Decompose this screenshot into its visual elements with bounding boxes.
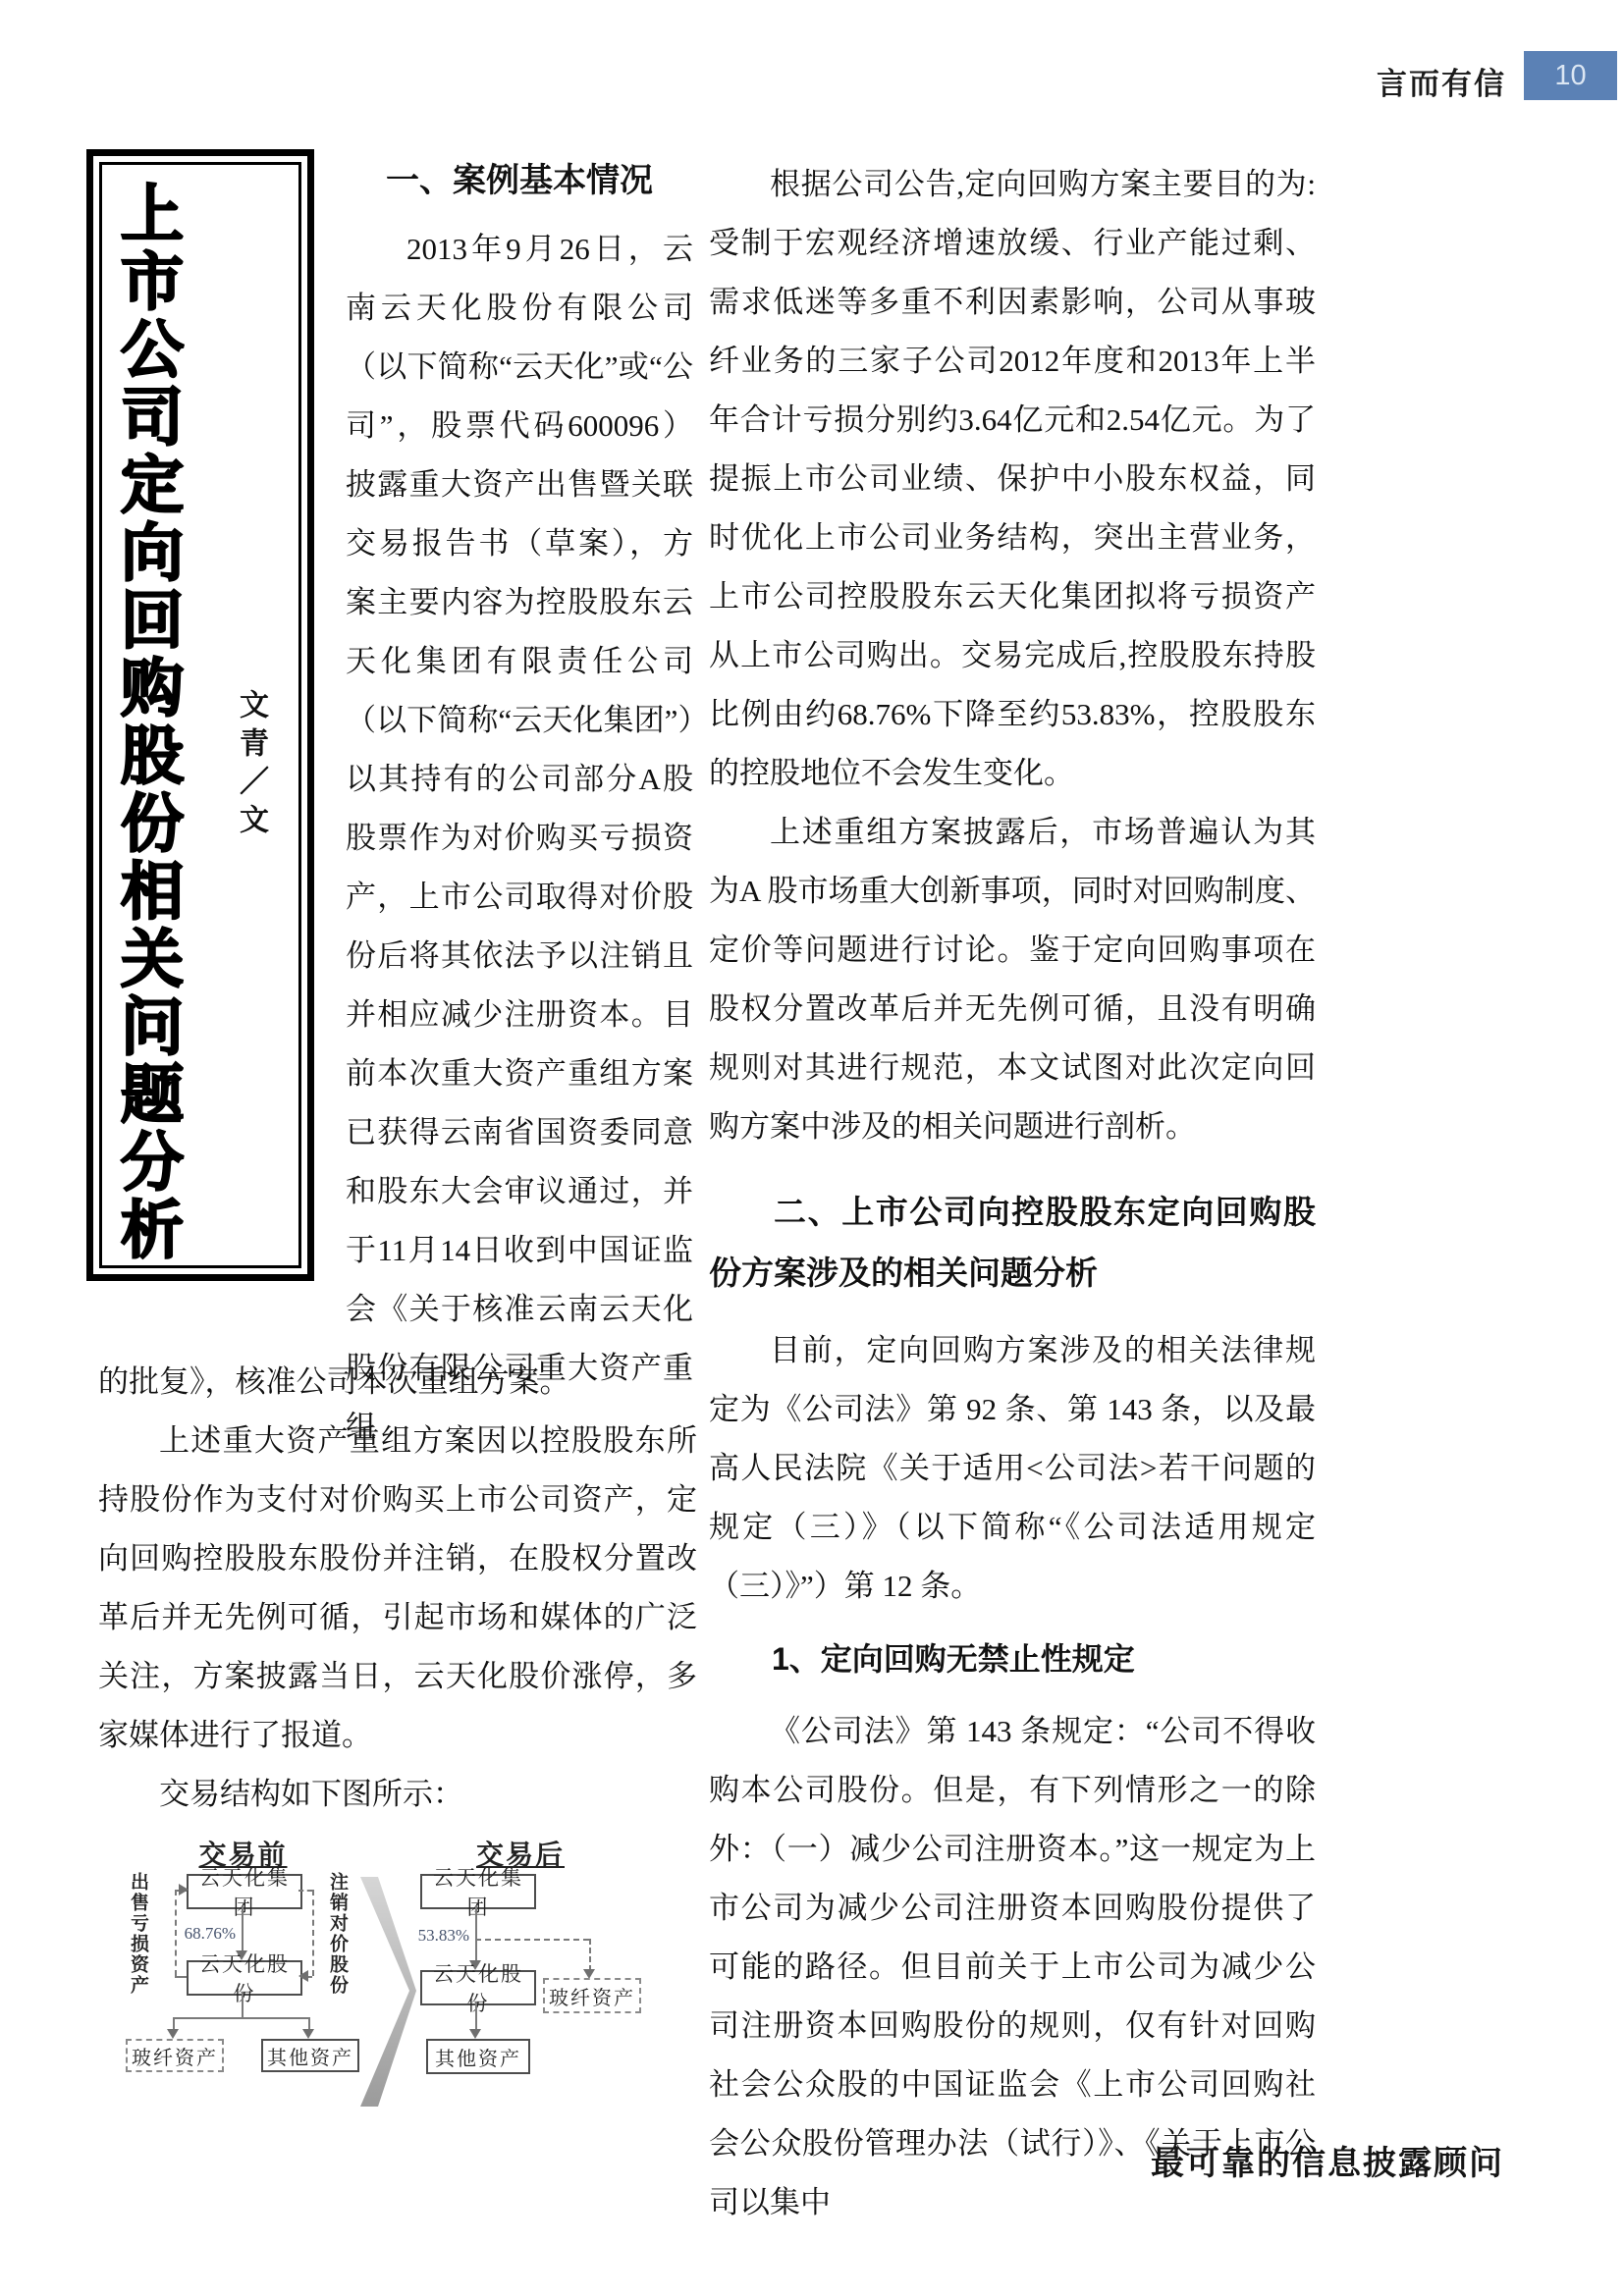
cancel-consideration-shares-label: 注销对价股份 <box>328 1872 347 1996</box>
arrow-right-icon <box>179 1884 189 1896</box>
arrow-down-icon <box>167 2029 179 2039</box>
diagram-after-other-assets-box: 其他资产 <box>426 2039 530 2074</box>
connector-line <box>475 1905 477 1962</box>
paragraph-legal-basis: 目前，定向回购方案涉及的相关法律规定为《公司法》第 92 条、第 143 条，以… <box>709 1321 1316 1616</box>
subsection-1-heading: 1、定向回购无禁止性规定 <box>709 1629 1316 1688</box>
dashed-connector <box>175 1976 187 1978</box>
connector-line <box>242 1992 244 2017</box>
diagram-before-fiberglass-box: 玻纤资产 <box>126 2039 224 2072</box>
dashed-connector <box>589 1939 591 1971</box>
page-header-brand: 言而有信 <box>1377 59 1524 103</box>
left-column-narrow: 一、案例基本情况 2013年9月26日，云南云天化股份有限公司（以下简称“云天化… <box>346 155 693 1457</box>
diagram-after-fiberglass-box: 玻纤资产 <box>543 1978 641 2013</box>
footer-slogan: 最可靠的信息披露顾问 <box>1151 2136 1504 2184</box>
article-title-vertical: 上市公司定向回购股份相关问题分析 <box>116 181 179 1270</box>
diagram-before-other-assets-box: 其他资产 <box>261 2039 359 2072</box>
diagram-before-company-box: 云天化股份 <box>187 1960 302 1996</box>
magazine-page: 言而有信 10 上市公司定向回购股份相关问题分析 文青／文 一、案例基本情况 2… <box>0 0 1624 2296</box>
diagram-before-group-box: 云天化集团 <box>187 1874 302 1909</box>
section-2-heading: 二、上市公司向控股股东定向回购股份方案涉及的相关问题分析 <box>709 1182 1316 1304</box>
paragraph-diagram-lead-in: 交易结构如下图所示： <box>98 1765 697 1824</box>
dashed-connector <box>298 1890 312 1892</box>
dashed-connector <box>475 1939 589 1941</box>
page-number-badge: 10 <box>1524 51 1617 100</box>
transition-arrow-icon <box>356 1875 417 2110</box>
arrow-down-icon <box>302 2029 314 2039</box>
left-column-full: 的批复》，核准公司本次重组方案。 上述重大资产重组方案因以控股股东所持股份作为支… <box>98 1353 697 1824</box>
arrow-left-icon <box>298 1970 308 1982</box>
paragraph-market-reaction: 上述重大资产重组方案因以控股股东所持股份作为支付对价购买上市公司资产，定向回购控… <box>98 1412 697 1765</box>
paragraph-innovation: 上述重组方案披露后，市场普遍认为其为A 股市场重大创新事项，同时对回购制度、定价… <box>709 803 1316 1156</box>
dashed-connector <box>312 1890 314 1976</box>
connector-line <box>475 2002 477 2029</box>
paragraph-purpose: 根据公司公告,定向回购方案主要目的为:受制于宏观经济增速放缓、行业产能过剩、需求… <box>709 155 1316 803</box>
connector-line <box>173 2017 308 2019</box>
diagram-after-company-box: 云天化股份 <box>420 1970 536 2005</box>
ownership-after-label: 53.83% <box>412 1926 469 1946</box>
dashed-connector <box>175 1890 177 1976</box>
connector-line <box>242 1905 244 1952</box>
section-1-heading: 一、案例基本情况 <box>346 155 693 206</box>
article-author: 文青／文 <box>236 689 265 905</box>
ownership-before-label: 68.76% <box>179 1924 236 1944</box>
transaction-structure-diagram: 交易前 云天化集团 68.76% 云天化股份 出售亏损资产 注销对价股份 玻纤资… <box>93 1828 698 2112</box>
right-column: 根据公司公告,定向回购方案主要目的为:受制于宏观经济增速放缓、行业产能过剩、需求… <box>709 155 1316 2232</box>
arrow-down-icon <box>469 2029 481 2039</box>
diagram-after-group-box: 云天化集团 <box>420 1874 536 1909</box>
paragraph-case-intro: 2013年9月26日，云南云天化股份有限公司（以下简称“云天化”或“公司”，股票… <box>346 220 693 1457</box>
paragraph-case-intro-continued: 的批复》，核准公司本次重组方案。 <box>98 1353 697 1412</box>
sell-loss-assets-label: 出售亏损资产 <box>129 1872 147 1996</box>
